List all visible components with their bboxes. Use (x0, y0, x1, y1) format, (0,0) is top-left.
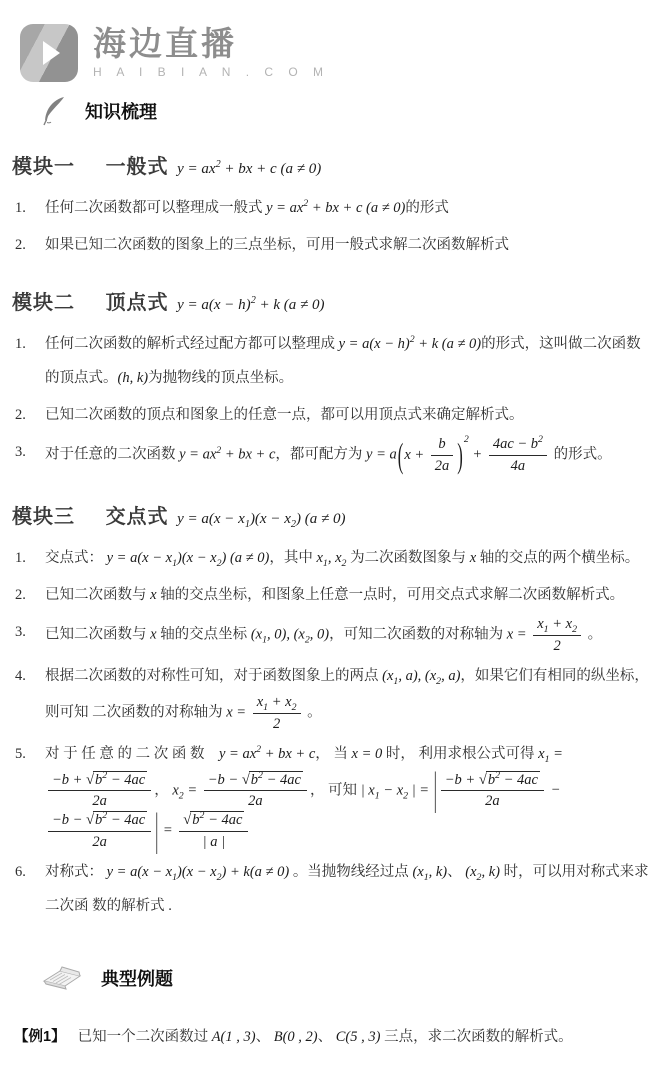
module-title: 模块一 (12, 156, 75, 178)
item-text: 根据二次函数的对称性可知，对于函数图象上的两点 (x1, a), (x2, a)… (45, 659, 654, 734)
quill-pen-icon (40, 96, 68, 126)
module-section: 模块三 交点式 y = a(x − x1)(x − x2) (a ≠ 0) 1.… (12, 500, 654, 923)
section-knowledge-title: 知识梳理 (85, 98, 157, 124)
logo-text: 海边直播 H A I B I A N . C O M (93, 27, 329, 80)
module-items-list: 1. 任何二次函数的解析式经过配方都可以整理成 y = a(x − h)2 + … (12, 327, 654, 476)
item-text: 已知二次函数与 x 轴的交点坐标，和图象上任意一点时，可用交点式求解二次函数解析… (45, 578, 654, 612)
item-number: 1. (12, 191, 45, 225)
list-item: 4. 根据二次函数的对称性可知，对于函数图象上的两点 (x1, a), (x2,… (12, 659, 654, 734)
module-items-list: 1. 任何二次函数都可以整理成一般式 y = ax2 + bx + c (a ≠… (12, 191, 654, 262)
item-number: 3. (12, 435, 45, 476)
item-text: 已知二次函数的顶点和图象上的任意一点，都可以用顶点式来确定解析式。 (45, 398, 654, 432)
example-text: 已知一个二次函数过 A(1 , 3)、 B(0 , 2)、 C(5 , 3) 三… (78, 1023, 573, 1052)
item-number: 4. (12, 659, 45, 734)
list-item: 1. 交点式： y = a(x − x1)(x − x2) (a ≠ 0)，其中… (12, 541, 654, 575)
item-text: 已知二次函数与 x 轴的交点坐标 (x1, 0), (x2, 0)，可知二次函数… (45, 615, 654, 656)
list-item: 6. 对称式： y = a(x − x1)(x − x2) + k(a ≠ 0)… (12, 855, 654, 923)
list-item: 1. 任何二次函数都可以整理成一般式 y = ax2 + bx + c (a ≠… (12, 191, 654, 225)
list-item: 1. 任何二次函数的解析式经过配方都可以整理成 y = a(x − h)2 + … (12, 327, 654, 395)
book-icon (40, 963, 84, 993)
item-text: 交点式： y = a(x − x1)(x − x2) (a ≠ 0)，其中 x1… (45, 541, 654, 575)
item-number: 6. (12, 855, 45, 923)
section-examples-title: 典型例题 (101, 965, 173, 991)
module-section: 模块一 一般式 y = ax2 + bx + c (a ≠ 0) 1. 任何二次… (12, 150, 654, 262)
item-text: 任何二次函数都可以整理成一般式 y = ax2 + bx + c (a ≠ 0)… (45, 191, 654, 225)
module-subtitle: 顶点式 (106, 292, 169, 314)
module-formula: y = a(x − x1)(x − x2) (a ≠ 0) (177, 511, 345, 527)
item-number: 5. (12, 737, 45, 852)
list-item: 2. 已知二次函数的顶点和图象上的任意一点，都可以用顶点式来确定解析式。 (12, 398, 654, 432)
document-page: 海边直播 H A I B I A N . C O M 知识梳理 模块一 一般式 … (0, 0, 668, 1082)
module-title: 模块三 (12, 506, 75, 528)
item-number: 3. (12, 615, 45, 656)
modules-container: 模块一 一般式 y = ax2 + bx + c (a ≠ 0) 1. 任何二次… (12, 150, 654, 923)
example-1: 【例1】 已知一个二次函数过 A(1 , 3)、 B(0 , 2)、 C(5 ,… (14, 1023, 654, 1052)
play-logo-icon (20, 24, 78, 82)
list-item: 3. 已知二次函数与 x 轴的交点坐标 (x1, 0), (x2, 0)，可知二… (12, 615, 654, 656)
module-formula: y = a(x − h)2 + k (a ≠ 0) (177, 297, 324, 313)
list-item: 2. 已知二次函数与 x 轴的交点坐标，和图象上任意一点时，可用交点式求解二次函… (12, 578, 654, 612)
item-text: 任何二次函数的解析式经过配方都可以整理成 y = a(x − h)2 + k (… (45, 327, 654, 395)
item-text: 对 于 任 意 的 二 次 函 数 y = ax2 + bx + c， 当 x … (45, 737, 654, 852)
play-triangle-icon (43, 41, 60, 65)
example-label: 【例1】 (14, 1023, 66, 1052)
module-formula: y = ax2 + bx + c (a ≠ 0) (177, 161, 321, 177)
list-item: 5. 对 于 任 意 的 二 次 函 数 y = ax2 + bx + c， 当… (12, 737, 654, 852)
item-text: 对于任意的二次函数 y = ax2 + bx + c，都可配方为 y = a(x… (45, 435, 654, 476)
section-knowledge-header: 知识梳理 (40, 96, 654, 126)
item-number: 1. (12, 541, 45, 575)
section-examples-header: 典型例题 (40, 963, 654, 993)
item-text: 对称式： y = a(x − x1)(x − x2) + k(a ≠ 0) 。当… (45, 855, 654, 923)
module-section: 模块二 顶点式 y = a(x − h)2 + k (a ≠ 0) 1. 任何二… (12, 286, 654, 476)
item-text: 如果已知二次函数的图象上的三点坐标，可用一般式求解二次函数解析式 (45, 228, 654, 262)
brand-domain: H A I B I A N . C O M (93, 65, 329, 79)
module-title: 模块二 (12, 292, 75, 314)
item-number: 1. (12, 327, 45, 395)
list-item: 2. 如果已知二次函数的图象上的三点坐标，可用一般式求解二次函数解析式 (12, 228, 654, 262)
module-items-list: 1. 交点式： y = a(x − x1)(x − x2) (a ≠ 0)，其中… (12, 541, 654, 923)
brand-name: 海边直播 (93, 27, 329, 62)
haibian-logo: 海边直播 H A I B I A N . C O M (20, 24, 654, 82)
item-number: 2. (12, 398, 45, 432)
module-subtitle: 一般式 (106, 156, 169, 178)
item-number: 2. (12, 228, 45, 262)
list-item: 3. 对于任意的二次函数 y = ax2 + bx + c，都可配方为 y = … (12, 435, 654, 476)
item-number: 2. (12, 578, 45, 612)
module-subtitle: 交点式 (106, 506, 169, 528)
